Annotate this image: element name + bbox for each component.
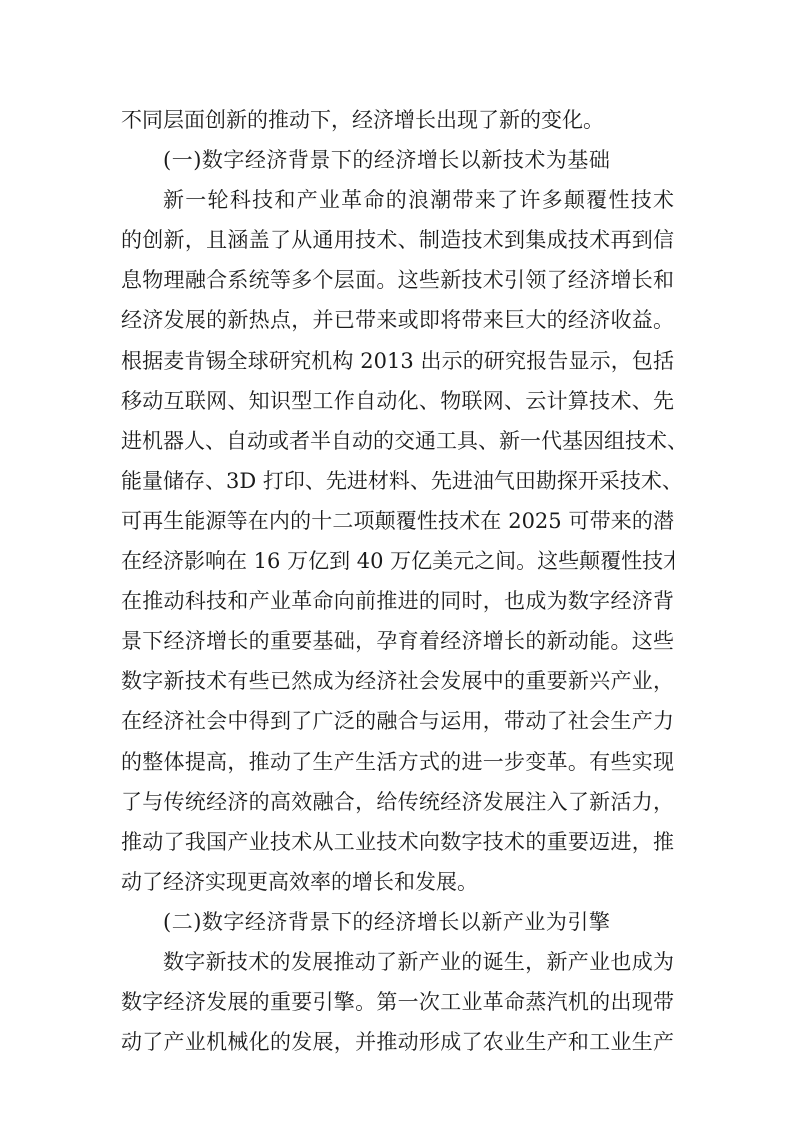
document-page: 不同层面创新的推动下，经济增长出现了新的变化。 (一)数字经济背景下的经济增长以… [121, 100, 674, 1062]
paragraph-line: 动了经济实现更高效率的增长和发展。 [121, 862, 674, 902]
paragraph-line: 在推动科技和产业革命向前推进的同时，也成为数字经济背 [121, 581, 674, 621]
paragraph-line: 根据麦肯锡全球研究机构 2013 出示的研究报告显示，包括 [121, 341, 674, 381]
paragraph-line: 景下经济增长的重要基础，孕育着经济增长的新动能。这些 [121, 621, 674, 661]
section-heading-2: (二)数字经济背景下的经济增长以新产业为引擎 [121, 902, 674, 942]
paragraph-line: 在经济影响在 16 万亿到 40 万亿美元之间。这些颠覆性技术 [121, 541, 674, 581]
paragraph-line: 在经济社会中得到了广泛的融合与运用，带动了社会生产力 [121, 701, 674, 741]
paragraph-line: 经济发展的新热点，并已带来或即将带来巨大的经济收益。 [121, 300, 674, 340]
paragraph-line: 新一轮科技和产业革命的浪潮带来了许多颠覆性技术 [121, 180, 674, 220]
section-1-paragraph: 新一轮科技和产业革命的浪潮带来了许多颠覆性技术 的创新，且涵盖了从通用技术、制造… [121, 180, 674, 902]
paragraph-line: 不同层面创新的推动下，经济增长出现了新的变化。 [121, 100, 674, 140]
paragraph-line: 数字新技术的发展推动了新产业的诞生，新产业也成为 [121, 942, 674, 982]
paragraph-line: 了与传统经济的高效融合，给传统经济发展注入了新活力， [121, 782, 674, 822]
paragraph-line: 息物理融合系统等多个层面。这些新技术引领了经济增长和 [121, 260, 674, 300]
paragraph-line: 进机器人、自动或者半自动的交通工具、新一代基因组技术、 [121, 421, 674, 461]
paragraph-line: 可再生能源等在内的十二项颠覆性技术在 2025 可带来的潜 [121, 501, 674, 541]
paragraph-line: 的创新，且涵盖了从通用技术、制造技术到集成技术再到信 [121, 220, 674, 260]
paragraph-line: 能量储存、3D 打印、先进材料、先进油气田勘探开采技术、 [121, 461, 674, 501]
section-heading-1: (一)数字经济背景下的经济增长以新技术为基础 [121, 140, 674, 180]
paragraph-line: 推动了我国产业技术从工业技术向数字技术的重要迈进，推 [121, 822, 674, 862]
section-2-paragraph: 数字新技术的发展推动了新产业的诞生，新产业也成为 数字经济发展的重要引擎。第一次… [121, 942, 674, 1062]
paragraph-line: 的整体提高，推动了生产生活方式的进一步变革。有些实现 [121, 742, 674, 782]
paragraph-line: 数字新技术有些已然成为经济社会发展中的重要新兴产业， [121, 661, 674, 701]
paragraph-line: 移动互联网、知识型工作自动化、物联网、云计算技术、先 [121, 381, 674, 421]
paragraph-line: 动了产业机械化的发展，并推动形成了农业生产和工业生产 [121, 1022, 674, 1062]
paragraph-line: 数字经济发展的重要引擎。第一次工业革命蒸汽机的出现带 [121, 982, 674, 1022]
